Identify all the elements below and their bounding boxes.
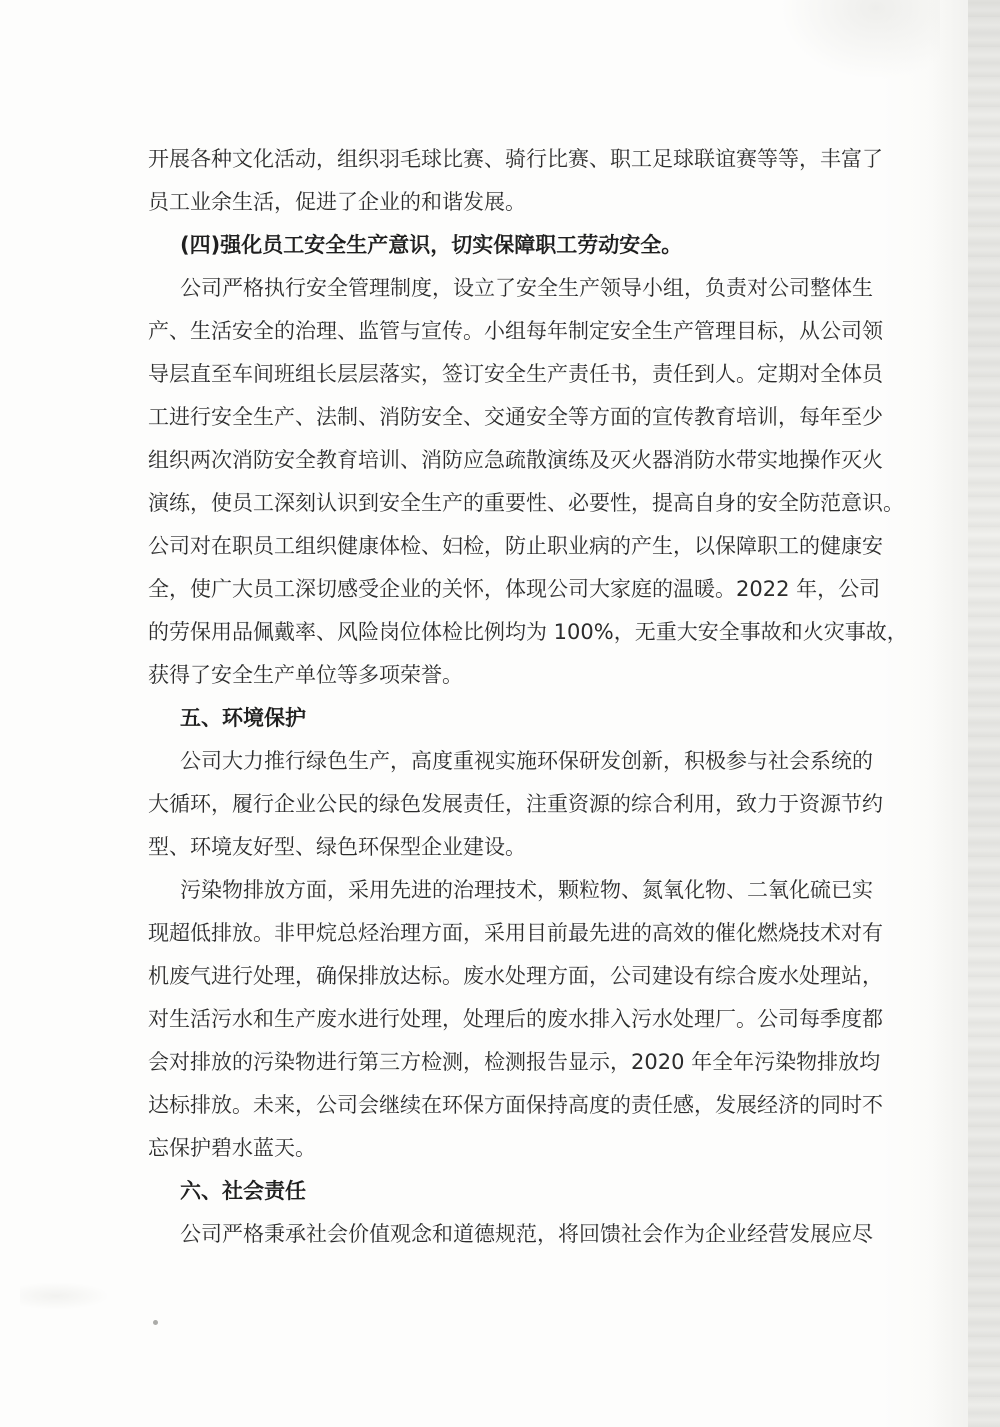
document-page: 开展各种文化活动，组织羽毛球比赛、骑行比赛、职工足球联谊赛等等，丰富了员工业余生… xyxy=(0,0,1000,1427)
section-heading-line: (四)强化员工安全生产意识，切实保障职工劳动安全。 xyxy=(148,224,862,267)
body-text-line: 工进行安全生产、法制、消防安全、交通安全等方面的宣传教育培训，每年至少 xyxy=(148,396,862,439)
section-heading-line: 五、环境保护 xyxy=(148,697,862,740)
body-text-line: 忘保护碧水蓝天。 xyxy=(148,1127,862,1170)
body-text-line: 达标排放。未来，公司会继续在环保方面保持高度的责任感，发展经济的同时不 xyxy=(148,1084,862,1127)
body-text-line: 导层直至车间班组长层层落实，签订安全生产责任书，责任到人。定期对全体员 xyxy=(148,353,862,396)
body-text-line: 开展各种文化活动，组织羽毛球比赛、骑行比赛、职工足球联谊赛等等，丰富了 xyxy=(148,138,862,181)
body-text-line: 公司对在职员工组织健康体检、妇检，防止职业病的产生，以保障职工的健康安 xyxy=(148,525,862,568)
body-text-line: 的劳保用品佩戴率、风险岗位体检比例均为 100%，无重大安全事故和火灾事故， xyxy=(148,611,862,654)
scan-artifact-bottom-left xyxy=(20,1282,110,1310)
body-text-line: 演练，使员工深刻认识到安全生产的重要性、必要性，提高自身的安全防范意识。 xyxy=(148,482,862,525)
body-text-line: 现超低排放。非甲烷总烃治理方面，采用目前最先进的高效的催化燃烧技术对有 xyxy=(148,912,862,955)
body-text-line: 组织两次消防安全教育培训、消防应急疏散演练及灭火器消防水带实地操作灭火 xyxy=(148,439,862,482)
body-text-line: 员工业余生活，促进了企业的和谐发展。 xyxy=(148,181,862,224)
scan-edge-fade xyxy=(930,0,970,1427)
scan-speck xyxy=(153,1320,158,1325)
body-text-line: 机废气进行处理，确保排放达标。废水处理方面，公司建设有综合废水处理站， xyxy=(148,955,862,998)
body-text-line: 产、生活安全的治理、监管与宣传。小组每年制定安全生产管理目标，从公司领 xyxy=(148,310,862,353)
body-text-line: 全，使广大员工深切感受企业的关怀，体现公司大家庭的温暖。2022 年，公司 xyxy=(148,568,862,611)
body-text-line: 对生活污水和生产废水进行处理，处理后的废水排入污水处理厂。公司每季度都 xyxy=(148,998,862,1041)
body-text-line: 会对排放的污染物进行第三方检测，检测报告显示，2020 年全年污染物排放均 xyxy=(148,1041,862,1084)
body-text-line: 公司严格秉承社会价值观念和道德规范，将回馈社会作为企业经营发展应尽 xyxy=(148,1213,862,1256)
body-text-line: 公司大力推行绿色生产，高度重视实施环保研发创新，积极参与社会系统的 xyxy=(148,740,862,783)
body-text-line: 污染物排放方面，采用先进的治理技术，颗粒物、氮氧化物、二氧化硫已实 xyxy=(148,869,862,912)
scan-artifact-top-right xyxy=(780,0,940,80)
body-text-line: 获得了安全生产单位等多项荣誉。 xyxy=(148,654,862,697)
scan-edge-strip xyxy=(968,0,1000,1427)
body-text-line: 大循环，履行企业公民的绿色发展责任，注重资源的综合利用，致力于资源节约 xyxy=(148,783,862,826)
body-text-line: 公司严格执行安全管理制度，设立了安全生产领导小组，负责对公司整体生 xyxy=(148,267,862,310)
body-text-line: 型、环境友好型、绿色环保型企业建设。 xyxy=(148,826,862,869)
document-text: 开展各种文化活动，组织羽毛球比赛、骑行比赛、职工足球联谊赛等等，丰富了员工业余生… xyxy=(148,138,862,1256)
section-heading-line: 六、社会责任 xyxy=(148,1170,862,1213)
